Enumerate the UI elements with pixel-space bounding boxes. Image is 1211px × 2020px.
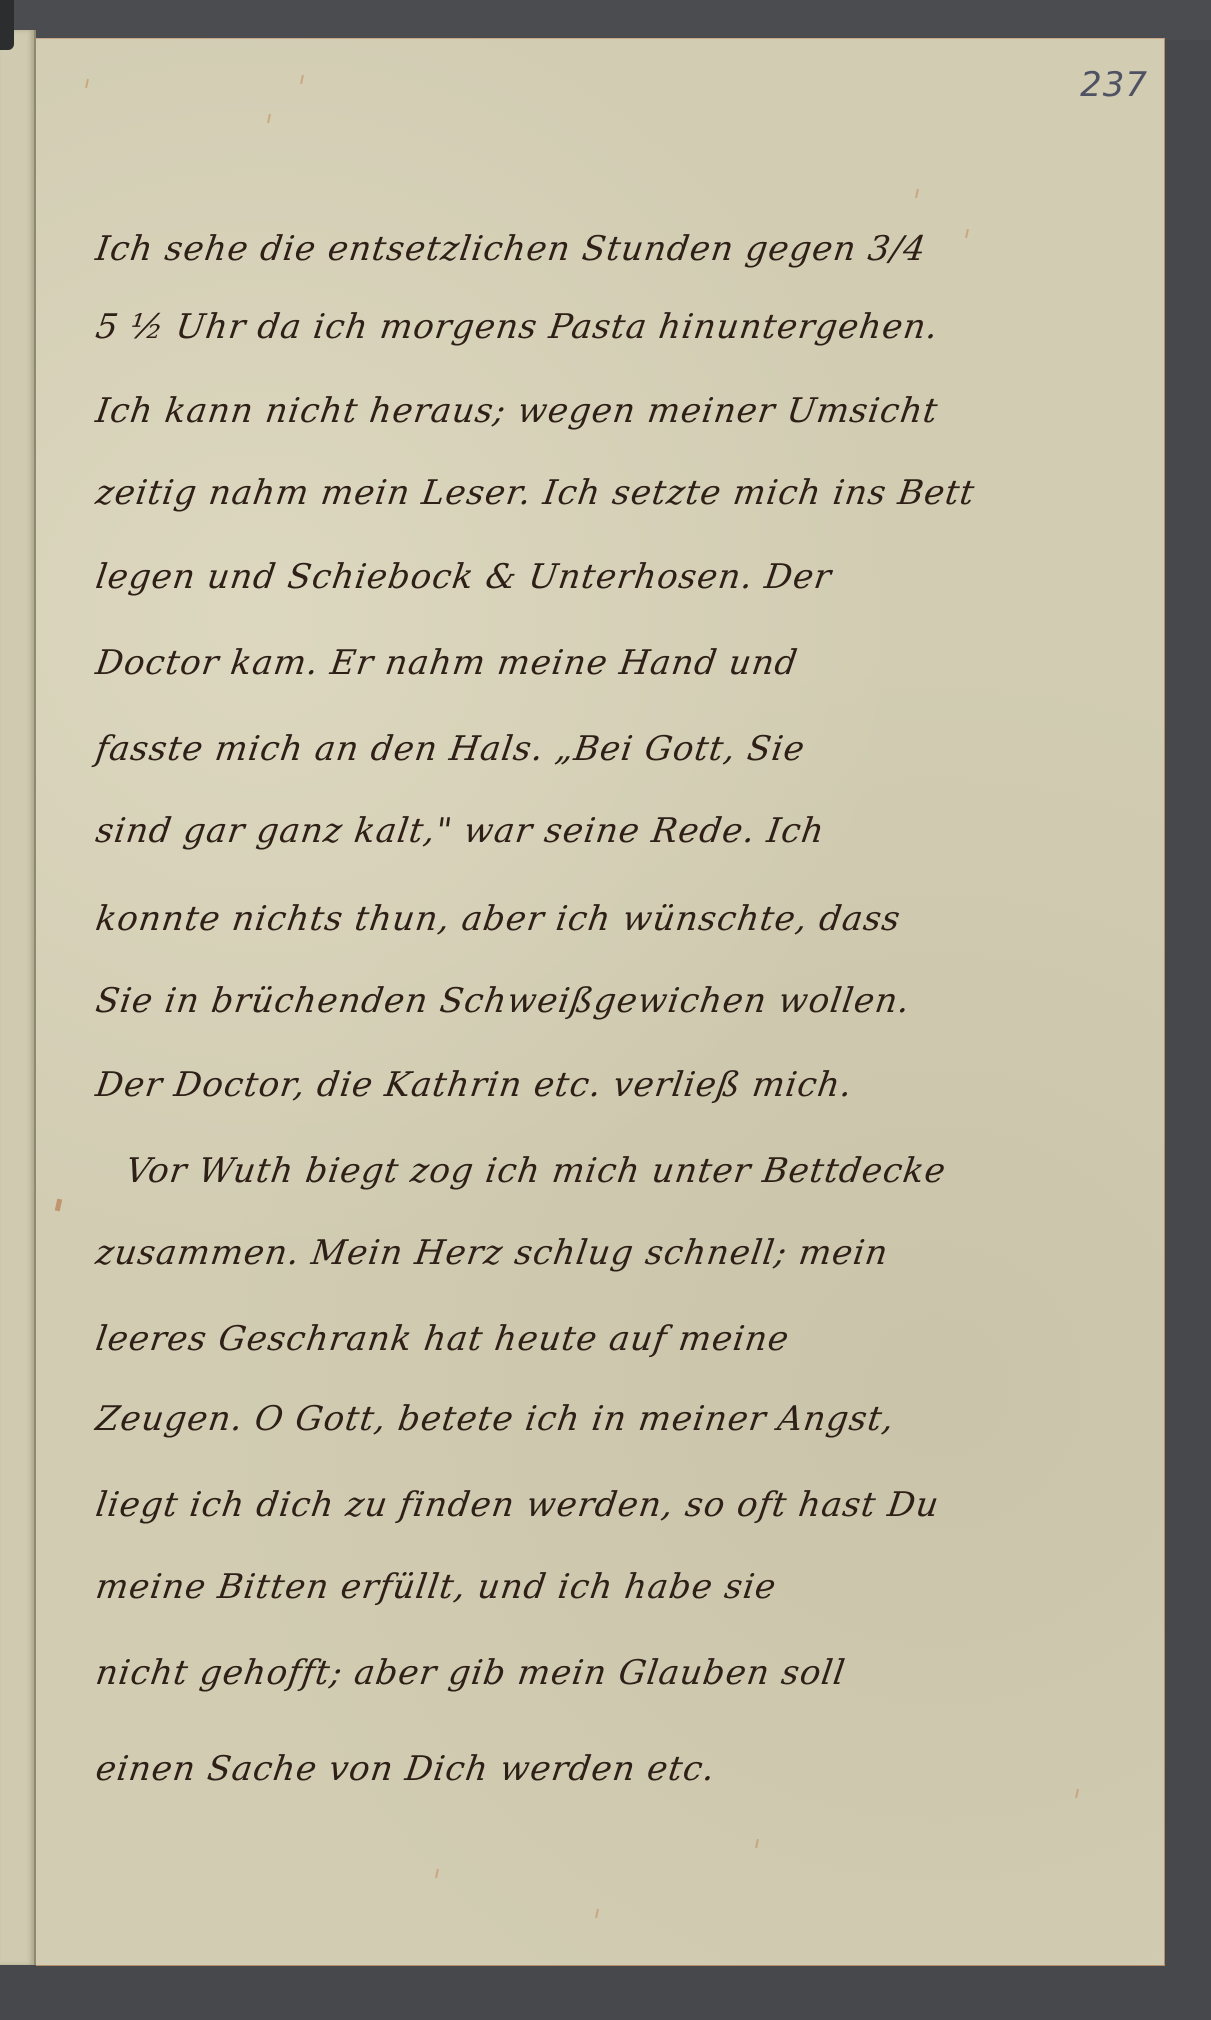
text-line: nicht gehofft; aber gib mein Glauben sol…: [93, 1653, 848, 1693]
text-line: einen Sache von Dich werden etc.: [93, 1749, 718, 1789]
text-line: konnte nichts thun, aber ich wünschte, d…: [93, 899, 903, 939]
text-line: Ich sehe die entsetzlichen Stunden gegen…: [93, 229, 929, 269]
text-line: 5 ½ Uhr da ich morgens Pasta hinuntergeh…: [93, 307, 941, 347]
text-line: legen und Schiebock & Unterhosen. Der: [93, 557, 834, 597]
facing-page-edge: [0, 30, 36, 1965]
text-line: Vor Wuth biegt zog ich mich unter Bettde…: [123, 1151, 949, 1191]
text-line: liegt ich dich zu finden werden, so oft …: [93, 1485, 942, 1525]
scan-background: [0, 0, 1211, 40]
text-line: Zeugen. O Gott, betete ich in meiner Ang…: [93, 1399, 897, 1439]
handwritten-text-block: Ich sehe die entsetzlichen Stunden gegen…: [36, 39, 1164, 1965]
text-line: sind gar ganz kalt," war seine Rede. Ich: [93, 811, 827, 851]
text-line: fasste mich an den Hals. „Bei Gott, Sie: [93, 729, 808, 769]
text-line: leeres Geschrank hat heute auf meine: [93, 1319, 792, 1359]
text-line: Sie in brüchenden Schweißgewichen wollen…: [93, 981, 913, 1021]
text-line: zusammen. Mein Herz schlug schnell; mein: [93, 1233, 891, 1273]
binding-clip: [0, 0, 14, 50]
text-line: Doctor kam. Er nahm meine Hand und: [93, 643, 800, 683]
manuscript-page: 237 Ich sehe die entsetzlichen Stunden g…: [36, 38, 1165, 1966]
text-line: Ich kann nicht heraus; wegen meiner Umsi…: [93, 391, 941, 431]
text-line: zeitig nahm mein Leser. Ich setzte mich …: [93, 473, 977, 513]
text-line: Der Doctor, die Kathrin etc. verließ mic…: [93, 1065, 855, 1105]
text-line: meine Bitten erfüllt, und ich habe sie: [93, 1567, 779, 1607]
